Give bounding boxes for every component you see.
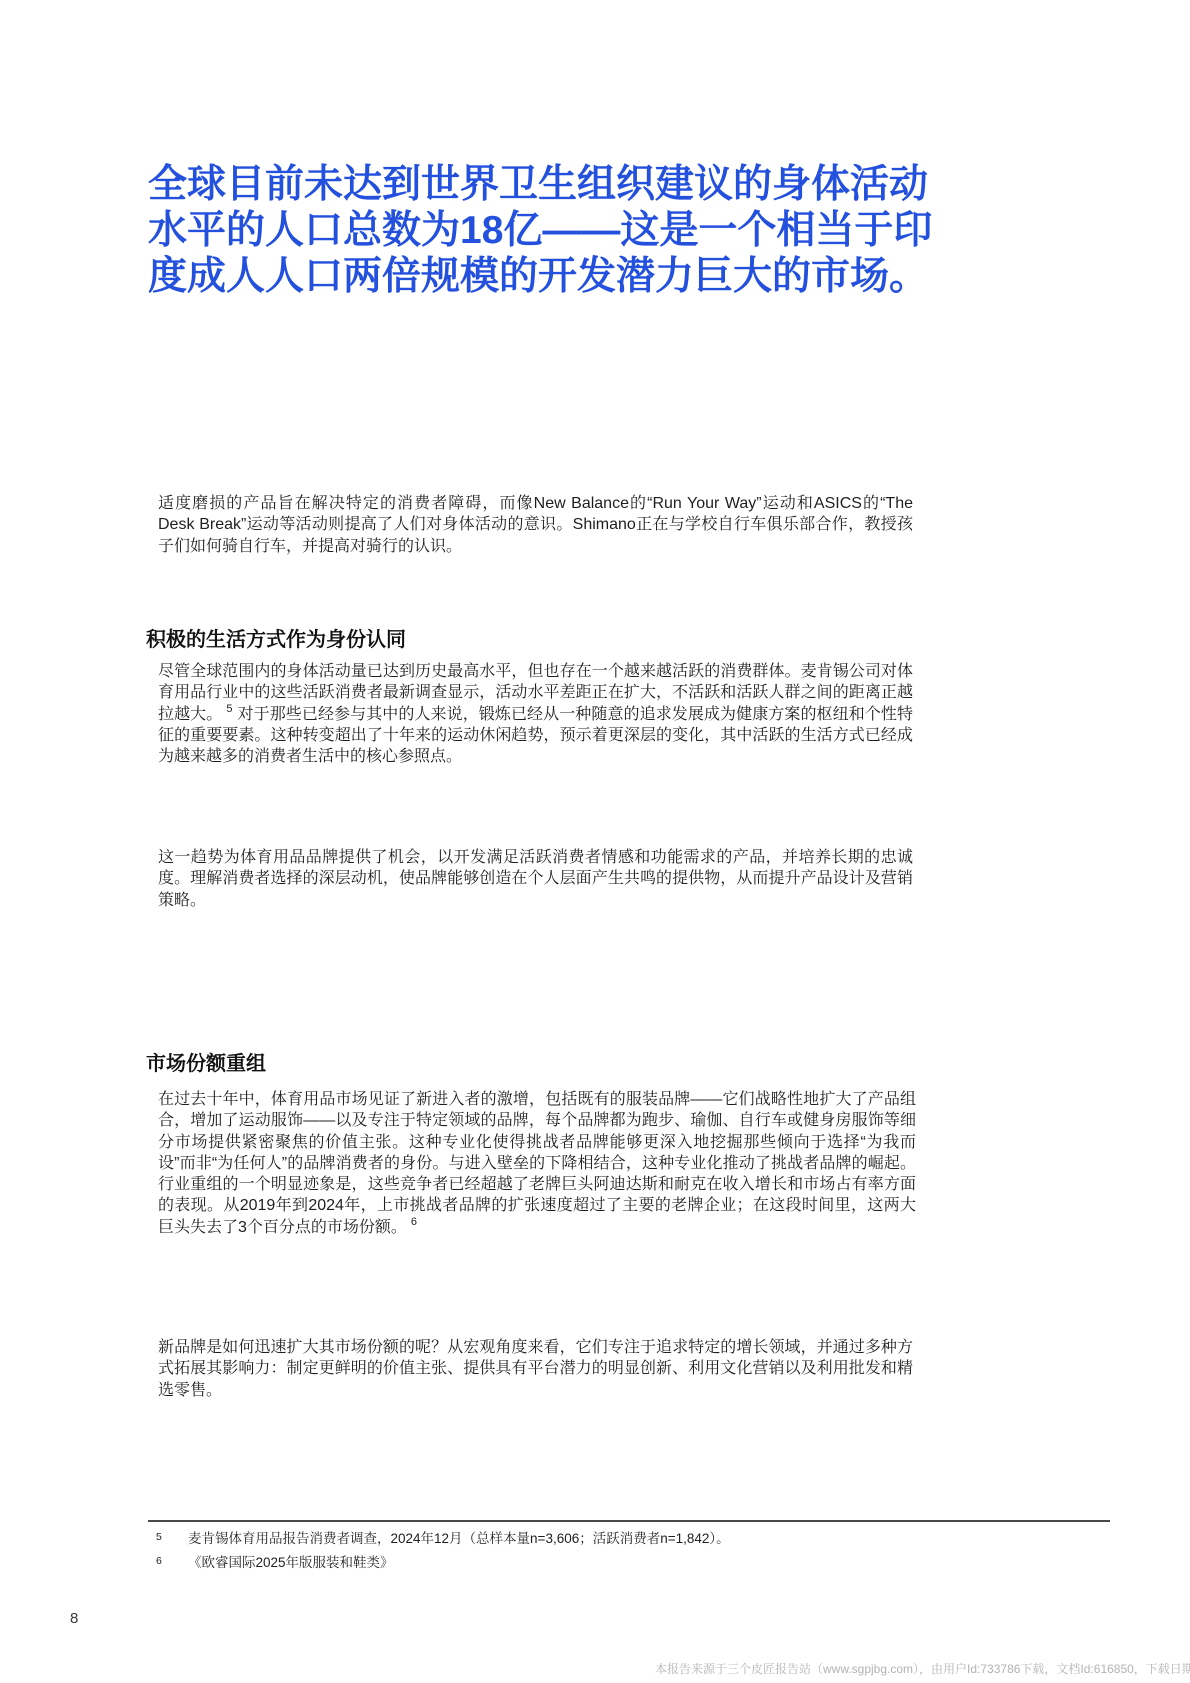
market-paragraph-1: 在过去十年中，体育用品市场见证了新进入者的激增，包括既有的服装品牌——它们战略性… — [158, 1089, 916, 1238]
footnote-item-6: 6 《欧睿国际2025年版服装和鞋类》 — [153, 1554, 1113, 1572]
section-heading-market-share: 市场份额重组 — [146, 1052, 266, 1076]
headline: 全球目前未达到世界卫生组织建议的身体活动水平的人口总数为18亿——这是一个相当于… — [148, 162, 948, 300]
identity-paragraph-1: 尽管全球范围内的身体活动量已达到历史最高水平，但也存在一个越来越活跃的消费群体。… — [158, 661, 913, 767]
document-page: 全球目前未达到世界卫生组织建议的身体活动水平的人口总数为18亿——这是一个相当于… — [0, 0, 1190, 1683]
footnote-marker-6: 6 — [153, 1554, 188, 1568]
page-number: 8 — [70, 1610, 78, 1627]
market-paragraph-1-text: 在过去十年中，体育用品市场见证了新进入者的激增，包括既有的服装品牌——它们战略性… — [158, 1091, 916, 1236]
footnote-text-6: 《欧睿国际2025年版服装和鞋类》 — [188, 1554, 1113, 1572]
identity-paragraph-1-cont: 对于那些已经参与其中的人来说，锻炼已经从一种随意的追求发展成为健康方案的枢纽和个… — [158, 706, 913, 766]
footnote-ref-5: 5 — [222, 703, 237, 715]
footnote-ref-6: 6 — [407, 1216, 422, 1228]
footnote-item-5: 5 麦肯锡体育用品报告消费者调查，2024年12月（总样本量n=3,606；活跃… — [153, 1530, 1113, 1548]
section-heading-active-lifestyle: 积极的生活方式作为身份认同 — [146, 628, 406, 652]
footnote-text-5: 麦肯锡体育用品报告消费者调查，2024年12月（总样本量n=3,606；活跃消费… — [188, 1530, 1113, 1548]
intro-paragraph: 适度磨损的产品旨在解决特定的消费者障碍，而像New Balance的“Run Y… — [158, 493, 913, 557]
footnote-marker-5: 5 — [153, 1530, 188, 1544]
identity-paragraph-2: 这一趋势为体育用品品牌提供了机会，以开发满足活跃消费者情感和功能需求的产品，并培… — [158, 847, 913, 911]
footnote-divider — [148, 1520, 1110, 1522]
watermark-text: 本报告来源于三个皮匠报告站（www.sgpjbg.com），由用户Id:7337… — [655, 1662, 1190, 1677]
market-paragraph-2: 新品牌是如何迅速扩大其市场份额的呢？从宏观角度来看，它们专注于追求特定的增长领域… — [158, 1337, 913, 1401]
footnotes: 5 麦肯锡体育用品报告消费者调查，2024年12月（总样本量n=3,606；活跃… — [153, 1530, 1113, 1578]
